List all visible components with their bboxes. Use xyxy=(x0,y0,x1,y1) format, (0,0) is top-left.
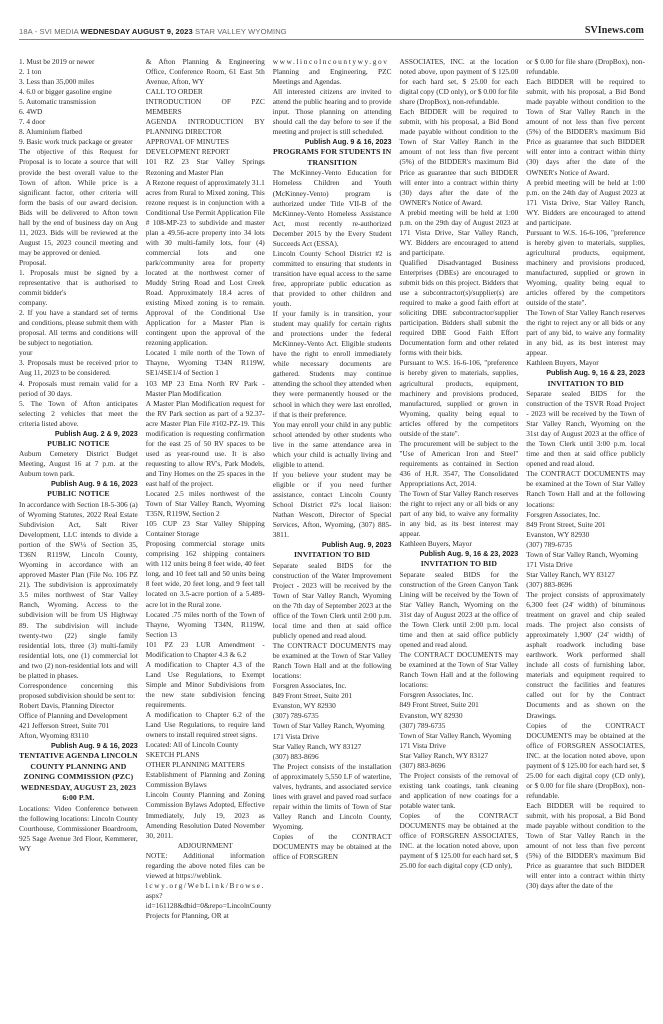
agenda-item-body: Lincoln County Planning and Zoning Commi… xyxy=(146,790,265,840)
publish-line: Publish Aug. 9, 2023 xyxy=(273,540,392,550)
notice-body: The CONTRACT DOCUMENTS may be examined a… xyxy=(526,469,645,509)
proposal-item: 2. If you have a standard set of terms a… xyxy=(19,308,138,348)
publish-line: Publish Aug. 9 & 16, 2023 xyxy=(273,137,392,147)
notice-body: If your family is in transition, your st… xyxy=(273,309,392,420)
notice-heading: INVITATION TO BID xyxy=(526,379,645,390)
notice-body: Each BIDDER will be required to submit, … xyxy=(526,801,645,891)
notice-body: Separate sealed BIDS for the constructio… xyxy=(273,561,392,641)
notice-heading: INVITATION TO BID xyxy=(273,550,392,561)
address-line: (307) 789-6735 xyxy=(273,711,392,721)
address-line: 171 Vista Drive xyxy=(400,741,519,751)
address-line: Evanston, WY 82930 xyxy=(400,711,519,721)
agenda-item-body: A modification to Chapter 4.3 of the Lan… xyxy=(146,660,265,710)
notice-body: A prebid meeting will be held at 1:00 p.… xyxy=(526,178,645,228)
agenda-line: & Afton Planning & Engineering Office, C… xyxy=(146,57,265,87)
proposal-item: 3. Proposals must be received prior to A… xyxy=(19,358,138,378)
page-number: 18A - SVI MEDIA xyxy=(19,27,78,36)
address-line: (307) 789-6735 xyxy=(526,540,645,550)
list-item: 9. Basic work truck package or greater xyxy=(19,137,138,147)
site-name: SVInews.com xyxy=(585,25,644,36)
list-item: 4. 6.0 or bigger gasoline engine xyxy=(19,87,138,97)
notice-heading: INVITATION TO BID xyxy=(400,559,519,570)
list-item: 6. 4WD xyxy=(19,107,138,117)
notice-body: The CONTRACT DOCUMENTS may be examined a… xyxy=(273,641,392,681)
agenda-note: All interested citizens are invited to a… xyxy=(273,87,392,137)
agenda-item-body: A Rezone request of approximately 31.1 a… xyxy=(146,178,265,349)
agenda-item-location: Located 2.5 miles northwest of the Town … xyxy=(146,489,265,519)
region-name: STAR VALLEY WYOMING xyxy=(195,27,287,36)
notice-body: Copies of the CONTRACT DOCUMENTS may be … xyxy=(273,832,392,862)
notice-body: You may enroll your child in any public … xyxy=(273,420,392,470)
notice-body: If you believe your student may be eligi… xyxy=(273,470,392,540)
publish-line: Publish Aug. 9, 16 & 23, 2023 xyxy=(526,368,645,378)
county-website-link[interactable]: www.lincolncountywy.gov xyxy=(273,57,392,67)
proposal-item: 5. The Town of Afton anticipates selecti… xyxy=(19,399,138,429)
publish-line: Publish Aug. 9 & 16, 2023 xyxy=(19,741,138,751)
column-3: www.lincolncountywy.gov Planning and Eng… xyxy=(273,57,392,921)
address-line: 171 Vista Drive xyxy=(526,560,645,570)
agenda-line: INTRODUCTION OF PZC MEMBERS xyxy=(146,97,265,117)
agenda-item-body: A modification to Chapter 6.2 of the Lan… xyxy=(146,710,265,740)
notice-body: The Project consists of the removal of e… xyxy=(400,771,519,811)
rfp-objective: The objective of this Request for Propos… xyxy=(19,147,138,258)
address-line: Forsgren Associates, Inc. xyxy=(273,681,392,691)
notice-body: Each BIDDER will be required to submit, … xyxy=(400,107,519,207)
address-line: Forsgren Associates, Inc. xyxy=(526,510,645,520)
agenda-line: APPROVAL OF MINUTES xyxy=(146,137,265,147)
legal-notices-columns: 1. Must be 2019 or newer 2. 1 ton 3. Les… xyxy=(19,57,645,921)
notice-body: The Town of Star Valley Ranch reserves t… xyxy=(400,489,519,539)
notice-body: Separate sealed BIDS for the constructio… xyxy=(526,389,645,469)
agenda-line: SKETCH PLANS xyxy=(146,750,265,760)
adjournment: ADJOURNMENT xyxy=(146,841,265,851)
address-line: 849 Front Street, Suite 201 xyxy=(273,691,392,701)
address-line: 171 Vista Drive xyxy=(273,732,392,742)
notice-heading: PUBLIC NOTICE xyxy=(19,489,138,500)
agenda-note: NOTE: Additional information regarding t… xyxy=(146,851,265,881)
column-5: or $ 0.00 for file share (DropBox), non-… xyxy=(526,57,645,921)
issue-date: WEDNESDAY AUGUST 9, 2023 xyxy=(81,27,193,36)
list-item: 8. Aluminium flatbed xyxy=(19,127,138,137)
notice-body: Copies of the CONTRACT DOCUMENTS may be … xyxy=(400,811,519,871)
proposal-item: your xyxy=(19,348,138,358)
publish-line: Publish Aug. 9 & 16, 2023 xyxy=(19,479,138,489)
agenda-item-title: 103 MP 23 Etna North RV Park - Master Pl… xyxy=(146,379,265,399)
signature: Kathleen Buyers, Mayor xyxy=(526,358,645,368)
address-line: Town of Star Valley Ranch, Wyoming xyxy=(400,731,519,741)
list-item: 5. Automatic transmission xyxy=(19,97,138,107)
agenda-item-location: Located 1 mile north of the Town of Thay… xyxy=(146,348,265,378)
notice-body: The McKinney-Vento Education for Homeles… xyxy=(273,168,392,248)
agenda-note: aspx?id=161128&dbid=0&repo=LincolnCounty… xyxy=(146,891,265,921)
agenda-line: OTHER PLANNING MATTERS xyxy=(146,760,265,770)
column-2: & Afton Planning & Engineering Office, C… xyxy=(146,57,265,921)
address-line: 849 Front Street, Suite 201 xyxy=(400,700,519,710)
notice-body: Correspondence concerning this proposed … xyxy=(19,681,138,701)
column-4: ASSOCIATES, INC. at the location noted a… xyxy=(400,57,519,921)
list-item: 7. 4 door xyxy=(19,117,138,127)
notice-body: In accordance with Section 18-5-306 (a) … xyxy=(19,500,138,681)
agenda-item-title: Establishment of Planning and Zoning Com… xyxy=(146,770,265,790)
address-line: (307) 789-6735 xyxy=(400,721,519,731)
notice-body: Separate sealed BIDS for the constructio… xyxy=(400,570,519,650)
address-line: (307) 883-8696 xyxy=(273,752,392,762)
notice-body: Pursuant to W.S. 16-6-106, "preference i… xyxy=(526,228,645,308)
agenda-line: AGENDA INTRODUCTION BY PLANNING DIRECTOR xyxy=(146,117,265,137)
address-line: Star Valley Ranch, WY 83127 xyxy=(526,570,645,580)
address-line: Town of Star Valley Ranch, Wyoming xyxy=(526,550,645,560)
list-item: 2. 1 ton xyxy=(19,67,138,77)
notice-body: Each BIDDER will be required to submit, … xyxy=(526,77,645,177)
address-line: Evanston, WY 82930 xyxy=(526,530,645,540)
notice-heading: PUBLIC NOTICE xyxy=(19,439,138,450)
list-item: 3. Less than 35,000 miles xyxy=(19,77,138,87)
notice-body: ASSOCIATES, INC. at the location noted a… xyxy=(400,57,519,107)
agenda-note: Planning and Engineering, PZC Meetings a… xyxy=(273,67,392,87)
agenda-item-title: 101 RZ 23 Star Valley Springs Rezoning a… xyxy=(146,157,265,177)
notice-body: Copies of the CONTRACT DOCUMENTS may be … xyxy=(526,721,645,801)
agenda-line: DEVELOPMENT REPORT xyxy=(146,147,265,157)
contact-line: 421 Jefferson Street, Suite 701 xyxy=(19,721,138,731)
notice-body: Pursuant to W.S. 16-6-106, "preference i… xyxy=(400,358,519,438)
notice-body: The project consists of approximately 6,… xyxy=(526,590,645,721)
publish-line: Publish Aug. 2 & 9, 2023 xyxy=(19,429,138,439)
header-dateline: 18A - SVI MEDIA WEDNESDAY AUGUST 9, 2023… xyxy=(19,27,287,36)
address-line: Evanston, WY 82930 xyxy=(273,701,392,711)
list-item: 1. Must be 2019 or newer xyxy=(19,57,138,67)
signature: Kathleen Buyers, Mayor xyxy=(400,539,519,549)
page-header: 18A - SVI MEDIA WEDNESDAY AUGUST 9, 2023… xyxy=(19,25,644,40)
proposal-item: company. xyxy=(19,298,138,308)
agenda-line: CALL TO ORDER xyxy=(146,87,265,97)
address-line: (307) 883-8696 xyxy=(526,580,645,590)
notice-body: Lincoln County School District #2 is com… xyxy=(273,249,392,309)
notice-body: A prebid meeting will be held at 1:00 p.… xyxy=(400,208,519,258)
notice-body: The CONTRACT DOCUMENTS may be examined a… xyxy=(400,650,519,690)
notice-body: The Town of Star Valley Ranch reserves t… xyxy=(526,308,645,358)
agenda-item-body: Proposing commercial storage units compr… xyxy=(146,539,265,609)
address-line: 849 Front Street, Suite 201 xyxy=(526,520,645,530)
notice-heading: PROGRAMS FOR STUDENTS IN TRANSITION xyxy=(273,147,392,168)
agenda-time: 6:00 P.M. xyxy=(19,793,138,804)
agenda-item-body: A Master Plan Modification request for t… xyxy=(146,399,265,489)
notice-body: The procurement will be subject to the "… xyxy=(400,439,519,489)
proposal-label: Proposal. xyxy=(19,258,138,268)
notice-body: or $ 0.00 for file share (DropBox), non-… xyxy=(526,57,645,77)
agenda-item-title: 105 CUP 23 Star Valley Shipping Containe… xyxy=(146,519,265,539)
agenda-item-location: Located .75 miles north of the Town of T… xyxy=(146,610,265,640)
agenda-heading: TENTATIVE AGENDA LINCOLN COUNTY PLANNING… xyxy=(19,751,138,793)
contact-line: Robert Davis, Planning Director xyxy=(19,701,138,711)
agenda-item-title: 101 PZ 23 LUR Amendment - Modification t… xyxy=(146,640,265,660)
agenda-locations: Locations: Video Conference between the … xyxy=(19,804,138,854)
address-line: Town of Star Valley Ranch, Wyoming xyxy=(273,721,392,731)
address-line: (307) 883-8696 xyxy=(400,761,519,771)
address-line: Forsgren Associates, Inc. xyxy=(400,690,519,700)
notice-body: Auburn Cemetery District Budget Meeting,… xyxy=(19,449,138,479)
notice-body: The Project consists of the installation… xyxy=(273,762,392,832)
notice-body: Qualified Disadvantaged Business Enterpr… xyxy=(400,258,519,358)
address-line: Star Valley Ranch, WY 83127 xyxy=(273,742,392,752)
contact-line: Afton, Wyoming 83110 xyxy=(19,731,138,741)
contact-line: Office of Planning and Development xyxy=(19,711,138,721)
column-1: 1. Must be 2019 or newer 2. 1 ton 3. Les… xyxy=(19,57,138,921)
agenda-item-location: Located: All of Lincoln County xyxy=(146,740,265,750)
publish-line: Publish Aug. 9, 16 & 23, 2023 xyxy=(400,549,519,559)
address-line: Star Valley Ranch, WY 83127 xyxy=(400,751,519,761)
proposal-item: 4. Proposals must remain valid for a per… xyxy=(19,379,138,399)
proposal-item: 1. Proposals must be signed by a represe… xyxy=(19,268,138,298)
weblink-url[interactable]: lcwy.org/WebLink/Browse. xyxy=(146,881,265,891)
